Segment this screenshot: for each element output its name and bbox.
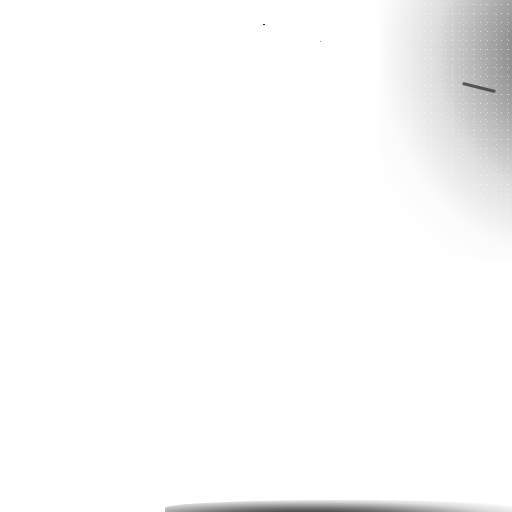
speck [263,24,265,25]
dark-band [165,500,512,512]
noise-texture [400,0,512,240]
speck [320,41,321,42]
image-canvas [0,0,512,512]
